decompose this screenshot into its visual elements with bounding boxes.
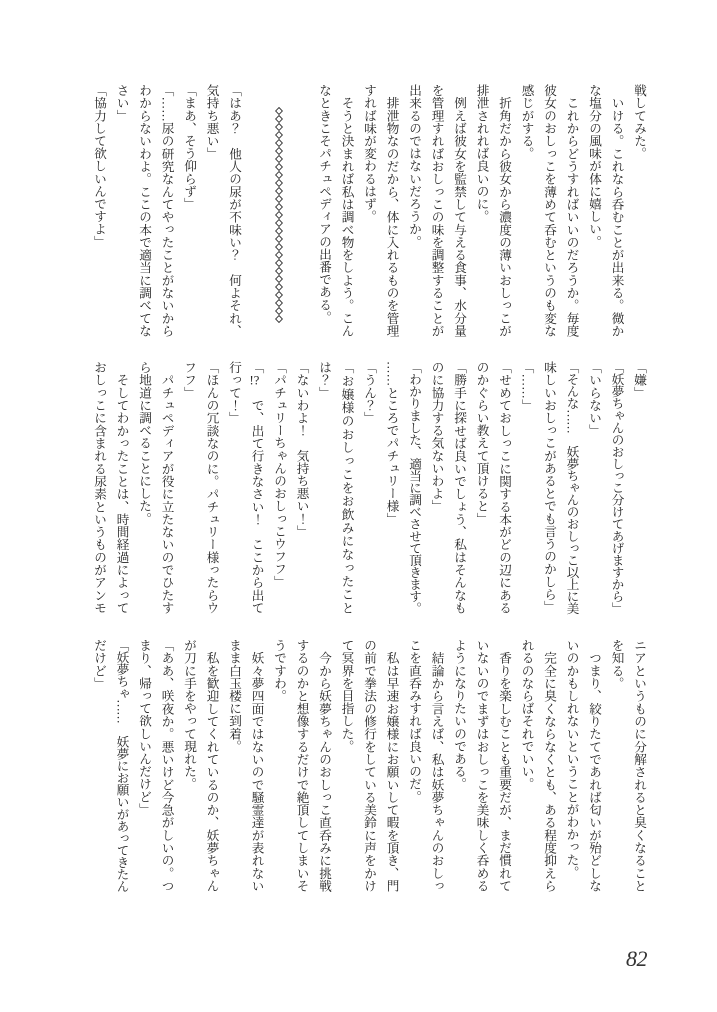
text-line: すれば味が変わるはず。 bbox=[358, 84, 381, 337]
text-line: 妖々夢四面ではないので騒霊達が表れない bbox=[245, 639, 268, 892]
text-line: 味しいおしっこがあるとでも言うのかしら」 bbox=[538, 361, 561, 614]
text-line: 「わかりました、適当に調べさせて頂きます。 bbox=[403, 361, 426, 614]
text-line: 戦してみた。 bbox=[628, 84, 651, 337]
text-line: こを直呑みすれば良いのだ。 bbox=[403, 639, 426, 892]
text-segment: で、出て行きなさい！ ここから出て bbox=[250, 386, 264, 614]
text-line: 感じがする。 bbox=[515, 84, 538, 337]
text-line: 彼女のおしっこを薄めて呑むというのも変な bbox=[538, 84, 561, 337]
text-line: そしてわかったことは、時間経過によって bbox=[110, 361, 133, 614]
divider-chain bbox=[275, 108, 282, 323]
dialogue-line: わからないわよ。ここの本で適当に調べてな bbox=[133, 84, 156, 337]
tate-chu-yoko: !? bbox=[250, 374, 264, 387]
text-line: 「そんな…… 妖夢ちゃんのおしっこ以上に美 bbox=[560, 361, 583, 614]
dialogue-line: 「まあ、そう仰らず」 bbox=[178, 84, 201, 337]
text-line: が刀に手をやって現れた。 bbox=[178, 639, 201, 892]
text-line: 「!? で、出て行きなさい！ ここから出て bbox=[245, 361, 268, 614]
text-line: 「せめておしっこに関する本がどの辺にある bbox=[493, 361, 516, 614]
text-line: て冥界を目指した。 bbox=[335, 639, 358, 892]
text-line: いのかもしれないということがわかった。 bbox=[560, 639, 583, 892]
text-line: うですわ。 bbox=[268, 639, 291, 892]
text-line: ……ところでパチュリー様」 bbox=[380, 361, 403, 614]
text-line: まま白玉楼に到着。 bbox=[223, 639, 246, 892]
text-line: 「妖夢ちゃんのおしっこ分けてあげますから」 bbox=[605, 361, 628, 614]
text-line: 「ほんの冗談なのに。パチュリー様ったらウ bbox=[200, 361, 223, 614]
blank-column bbox=[290, 84, 313, 337]
text-line: 排泄されれば良いのに。 bbox=[470, 84, 493, 337]
text-line: 折角だから彼女から濃度の薄いおしっこが bbox=[493, 84, 516, 337]
text-line: 結論から言えば、私は妖夢ちゃんのおしっ bbox=[425, 639, 448, 892]
text-line: を管理すればおしっこの味を調整することが bbox=[425, 84, 448, 337]
text-line: 「嫌」 bbox=[628, 361, 651, 614]
text-line: 「ああ、咲夜か。悪いけど今急がしいの。つ bbox=[155, 639, 178, 892]
diamond-chain-icon bbox=[275, 107, 283, 323]
text-line: 「お嬢様のおしっこをお飲みになったこと bbox=[335, 361, 358, 614]
text-line: な塩分の風味が体に嬉しい。 bbox=[583, 84, 606, 337]
text-line: 「うん？」 bbox=[358, 361, 381, 614]
dialogue-line: 「……尿の研究なんてやったことがないから bbox=[155, 84, 178, 337]
text-line: だけど」 bbox=[88, 639, 111, 892]
text-segment: 「 bbox=[250, 361, 264, 374]
text-line: を知る。 bbox=[605, 639, 628, 892]
text-line: ら地道に調べることにした。 bbox=[133, 361, 156, 614]
text-line: 私を歓迎してくれているのか、妖夢ちゃん bbox=[200, 639, 223, 892]
text-line: 今から妖夢ちゃんのおしっこ直呑みに挑戦 bbox=[313, 639, 336, 892]
text-line: の前で拳法の修行をしている美鈴に声をかけ bbox=[358, 639, 381, 892]
text-tier-middle: 「嫌」 「妖夢ちゃんのおしっこ分けてあげますから」 「いらない」 「そんな…… … bbox=[88, 361, 651, 614]
text-line: おしっこに含まれる尿素というものがアンモ bbox=[88, 361, 111, 614]
text-line: 「妖夢ちゃ…… 妖夢にお願いがあってきたん bbox=[110, 639, 133, 892]
text-line: のかぐらい教えて頂けると」 bbox=[470, 361, 493, 614]
text-line: 私は早速お嬢様にお願いして暇を頂き、門 bbox=[380, 639, 403, 892]
text-line: ニアというものに分解されると臭くなること bbox=[628, 639, 651, 892]
text-line: 行って！」 bbox=[223, 361, 246, 614]
dialogue-line: 「協力して欲しいんですよ」 bbox=[88, 84, 111, 337]
text-line: は？」 bbox=[313, 361, 336, 614]
text-line: 出来るのではないだろうか。 bbox=[403, 84, 426, 337]
text-line: つまり、絞りたてであれば匂いが殆どしな bbox=[583, 639, 606, 892]
text-line: 「いらない」 bbox=[583, 361, 606, 614]
text-line: れるのならばそれでいい。 bbox=[515, 639, 538, 892]
text-line: パチュペディアが役に立たないのでひたす bbox=[155, 361, 178, 614]
text-line: まり、帰って欲しいんだけど」 bbox=[133, 639, 156, 892]
dialogue-line: 気持ち悪い」 bbox=[200, 84, 223, 337]
text-tier-top: 戦してみた。 いける。これなら呑むことが出来る。微か な塩分の風味が体に嬉しい。… bbox=[88, 84, 651, 337]
text-line: のに協力する気ないわよ」 bbox=[425, 361, 448, 614]
text-line: 完全に臭くならなくとも、ある程度抑えら bbox=[538, 639, 561, 892]
dialogue-line: さい」 bbox=[110, 84, 133, 337]
book-page: 戦してみた。 いける。これなら呑むことが出来る。微か な塩分の風味が体に嬉しい。… bbox=[0, 0, 717, 1012]
text-line: 例えば彼女を監禁して与える食事、水分量 bbox=[448, 84, 471, 337]
text-line: 「勝手に探せば良いでしょう、私はそんなも bbox=[448, 361, 471, 614]
text-line: 排泄物なのだから、体に入れるものを管理 bbox=[380, 84, 403, 337]
section-divider bbox=[268, 84, 291, 337]
text-line: 香りを楽しむことも重要だが、まだ慣れて bbox=[493, 639, 516, 892]
text-line: 「ないわよ！ 気持ち悪い！」 bbox=[290, 361, 313, 614]
text-line: そうと決まれば私は調べ物をしよう。こん bbox=[335, 84, 358, 337]
text-line: ようになりたいのである。 bbox=[448, 639, 471, 892]
text-line: フフ」 bbox=[178, 361, 201, 614]
text-line: するのかと想像するだけで絶頂してしまいそ bbox=[290, 639, 313, 892]
text-line: 「……」 bbox=[515, 361, 538, 614]
text-line: なときこそパチュペディアの出番である。 bbox=[313, 84, 336, 337]
blank-column bbox=[245, 84, 268, 337]
text-line: いける。これなら呑むことが出来る。微か bbox=[605, 84, 628, 337]
text-line: 「パチュリーちゃんのおしっこウフフ」 bbox=[268, 361, 291, 614]
text-line: これからどうすればいいのだろうか。毎度 bbox=[560, 84, 583, 337]
text-line: いないのでまずはおしっこを美味しく呑める bbox=[470, 639, 493, 892]
text-tier-bottom: ニアというものに分解されると臭くなること を知る。 つまり、絞りたてであれば匂い… bbox=[88, 639, 651, 892]
page-number: 82 bbox=[626, 948, 647, 970]
dialogue-line: 「はあ？ 他人の尿が不味い？ 何よそれ、 bbox=[223, 84, 246, 337]
